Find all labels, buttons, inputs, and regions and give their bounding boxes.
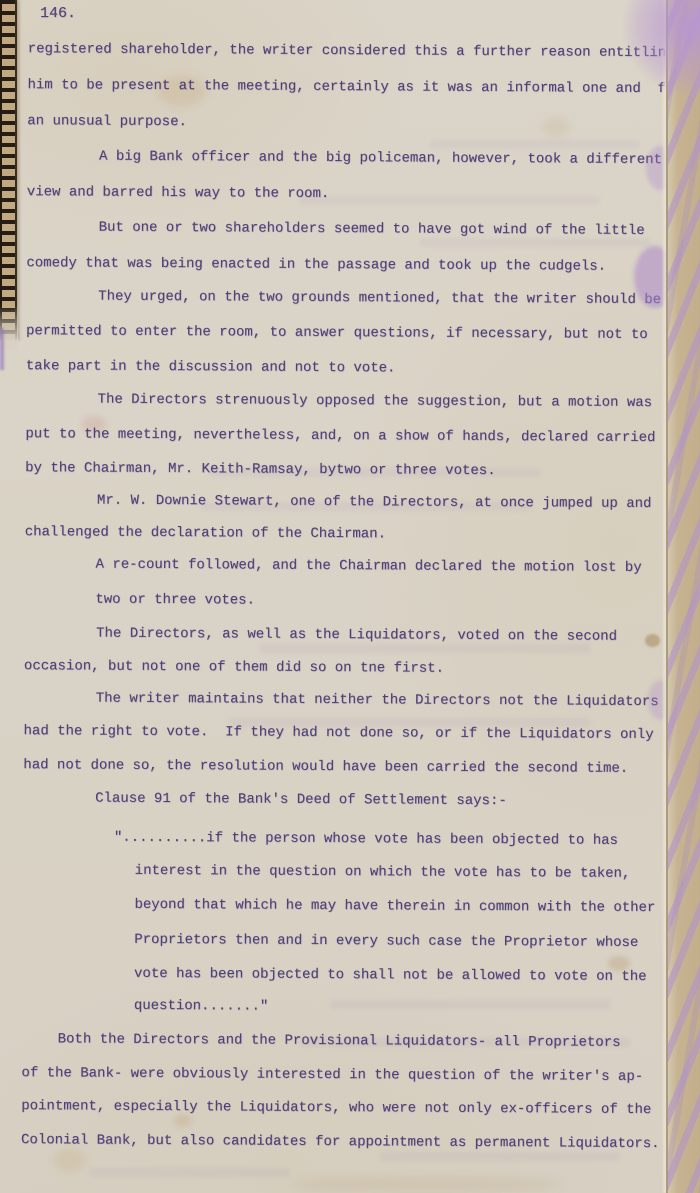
text-line: comedy that was being enacted in the pas… — [26, 254, 606, 276]
page-edge-band — [666, 0, 700, 1193]
text-line: occasion, but not one of them did so on … — [24, 657, 444, 678]
text-line: The Directors, as well as the Liquidator… — [96, 625, 617, 646]
text-line: pointment, especially the Liquidators, w… — [21, 1097, 651, 1119]
text-line: two or three votes. — [95, 591, 255, 610]
text-line: an unusual purpose. — [27, 112, 187, 131]
text-line: had not done so, the resolution would ha… — [23, 756, 628, 778]
text-line: Clause 91 of the Bank's Deed of Settleme… — [95, 790, 507, 811]
text-line: him to be present at the meeting, certai… — [27, 76, 666, 98]
document-page: 146. registered shareholder, the writer … — [0, 0, 700, 1193]
text-line: registered shareholder, the writer consi… — [28, 40, 667, 62]
text-line: Proprietors then and in every such case … — [134, 931, 638, 952]
text-line: permitted to enter the room, to answer q… — [26, 322, 648, 344]
text-line: by the Chairman, Mr. Keith-Ramsay, bytwo… — [25, 459, 496, 480]
text-line: But one or two shareholders seemed to ha… — [99, 219, 645, 240]
text-line: They urged, on the two grounds mentioned… — [98, 288, 661, 309]
text-line: The Directors strenuously opposed the su… — [98, 391, 653, 412]
text-line: Colonial Bank, but also candidates for a… — [21, 1131, 660, 1153]
text-line: A big Bank officer and the big policeman… — [99, 148, 662, 169]
text-line: beyond that which he may have therein in… — [134, 896, 655, 917]
text-line: challenged the declaration of the Chairm… — [25, 523, 386, 543]
text-layer: registered shareholder, the writer consi… — [0, 0, 700, 1193]
text-line: take part in the discussion and not to v… — [26, 357, 396, 377]
text-line: Both the Directors and the Provisional L… — [58, 1030, 621, 1051]
text-line: of the Bank- were obviously interested i… — [21, 1064, 643, 1086]
text-line: vote has been objected to shall not be a… — [134, 965, 647, 986]
text-line: question......." — [134, 997, 269, 1016]
text-line: view and barred his way to the room. — [27, 183, 330, 203]
text-line: put to the meeting, nevertheless, and, o… — [25, 425, 655, 447]
text-line: A re-count followed, and the Chairman de… — [95, 556, 641, 577]
corner-purple-wash — [595, 0, 700, 145]
text-line: had the right to vote. If they had not d… — [23, 722, 653, 744]
text-line: The writer maintains that neither the Di… — [96, 690, 659, 711]
text-line: interest in the question on which the vo… — [135, 862, 631, 883]
text-line: "..........if the person whose vote has … — [114, 829, 618, 850]
text-line: Mr. W. Downie Stewart, one of the Direct… — [97, 492, 652, 513]
